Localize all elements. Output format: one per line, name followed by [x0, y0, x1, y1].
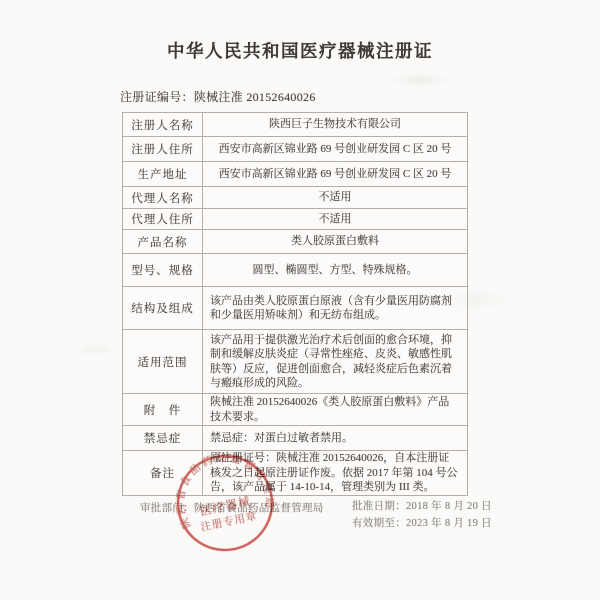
row-value: 陕械注准 20152640026《类人胶原蛋白敷料》产品技术要求。 [203, 394, 467, 425]
table-row-agent-name: 代理人名称 不适用 [123, 187, 467, 209]
table-row-production-address: 生产地址 西安市高新区锦业路 69 号创业研发园 C 区 20 号 [123, 162, 467, 187]
approval-date-label: 批准日期： [352, 501, 406, 512]
row-value: 原注册证号：陕械注准 20152640026，自本注册证核发之日起原注册证作废。… [203, 451, 467, 495]
row-value: 陕西巨子生物技术有限公司 [203, 113, 467, 136]
page-title: 中华人民共和国医疗器械注册证 [0, 38, 600, 63]
row-label: 型号、规格 [123, 254, 203, 286]
approval-date-value: 2018 年 8 月 20 日 [406, 501, 492, 512]
row-value: 西安市高新区锦业路 69 号创业研发园 C 区 20 号 [203, 137, 467, 161]
approval-date-line: 批准日期：2018 年 8 月 20 日 [352, 498, 492, 515]
approval-department-value: 陕西省食品药品监督管理局 [194, 503, 324, 514]
certificate-number-label: 注册证编号： [120, 90, 194, 104]
table-row-intended-use: 适用范围 该产品用于提供激光治疗术后创面的愈合环境，抑制和缓解皮肤炎症（寻常性痤… [123, 330, 467, 394]
table-row-agent-address: 代理人住所 不适用 [123, 209, 467, 230]
valid-until-label: 有效期至： [352, 518, 406, 529]
table-row-contraindication: 禁忌症 禁忌症：对蛋白过敏者禁用。 [123, 426, 467, 451]
row-value: 不适用 [203, 187, 467, 208]
valid-until-line: 有效期至：2023 年 8 月 19 日 [352, 515, 492, 532]
row-label: 注册人住所 [123, 137, 203, 161]
table-row-registrant-address: 注册人住所 西安市高新区锦业路 69 号创业研发园 C 区 20 号 [123, 137, 467, 162]
row-label: 附 件 [123, 394, 203, 425]
certificate-number-value: 陕械注准 20152640026 [194, 90, 316, 104]
table-row-model-spec: 型号、规格 圆型、椭圆型、方型、特殊规格。 [123, 254, 467, 287]
row-label: 结构及组成 [123, 287, 203, 329]
table-row-product-name: 产品名称 类人胶原蛋白敷料 [123, 230, 467, 254]
row-label: 备注 [123, 451, 203, 495]
approval-department-label: 审批部门： [140, 503, 194, 514]
row-value: 该产品用于提供激光治疗术后创面的愈合环境，抑制和缓解皮肤炎症（寻常性痤疮、皮炎、… [203, 330, 467, 393]
table-row-attachment: 附 件 陕械注准 20152640026《类人胶原蛋白敷料》产品技术要求。 [123, 394, 467, 426]
row-label: 适用范围 [123, 330, 203, 393]
certificate-page: 中华人民共和国医疗器械注册证 注册证编号：陕械注准 20152640026 注册… [0, 0, 600, 600]
table-row-structure-composition: 结构及组成 该产品由类人胶原蛋白原液（含有少量医用防腐剂和少量医用矫味剂）和无纺… [123, 287, 467, 330]
row-value: 禁忌症：对蛋白过敏者禁用。 [203, 426, 467, 450]
row-label: 代理人住所 [123, 209, 203, 229]
row-label: 代理人名称 [123, 187, 203, 208]
row-label: 禁忌症 [123, 426, 203, 450]
certificate-number-line: 注册证编号：陕械注准 20152640026 [120, 88, 316, 105]
row-label: 生产地址 [123, 162, 203, 186]
row-value: 类人胶原蛋白敷料 [203, 230, 467, 253]
table-row-remarks: 备注 原注册证号：陕械注准 20152640026，自本注册证核发之日起原注册证… [123, 451, 467, 495]
row-label: 注册人名称 [123, 113, 203, 136]
row-value: 西安市高新区锦业路 69 号创业研发园 C 区 20 号 [203, 162, 467, 186]
row-label: 产品名称 [123, 230, 203, 253]
footer-dates: 批准日期：2018 年 8 月 20 日 有效期至：2023 年 8 月 19 … [352, 498, 492, 532]
approval-department-line: 审批部门：陕西省食品药品监督管理局 [140, 500, 324, 515]
row-value: 该产品由类人胶原蛋白原液（含有少量医用防腐剂和少量医用矫味剂）和无纺布组成。 [203, 287, 467, 329]
certificate-table: 注册人名称 陕西巨子生物技术有限公司 注册人住所 西安市高新区锦业路 69 号创… [122, 112, 468, 496]
row-value: 不适用 [203, 209, 467, 229]
row-value: 圆型、椭圆型、方型、特殊规格。 [203, 254, 467, 286]
table-row-registrant-name: 注册人名称 陕西巨子生物技术有限公司 [123, 113, 467, 137]
valid-until-value: 2023 年 8 月 19 日 [406, 518, 492, 529]
